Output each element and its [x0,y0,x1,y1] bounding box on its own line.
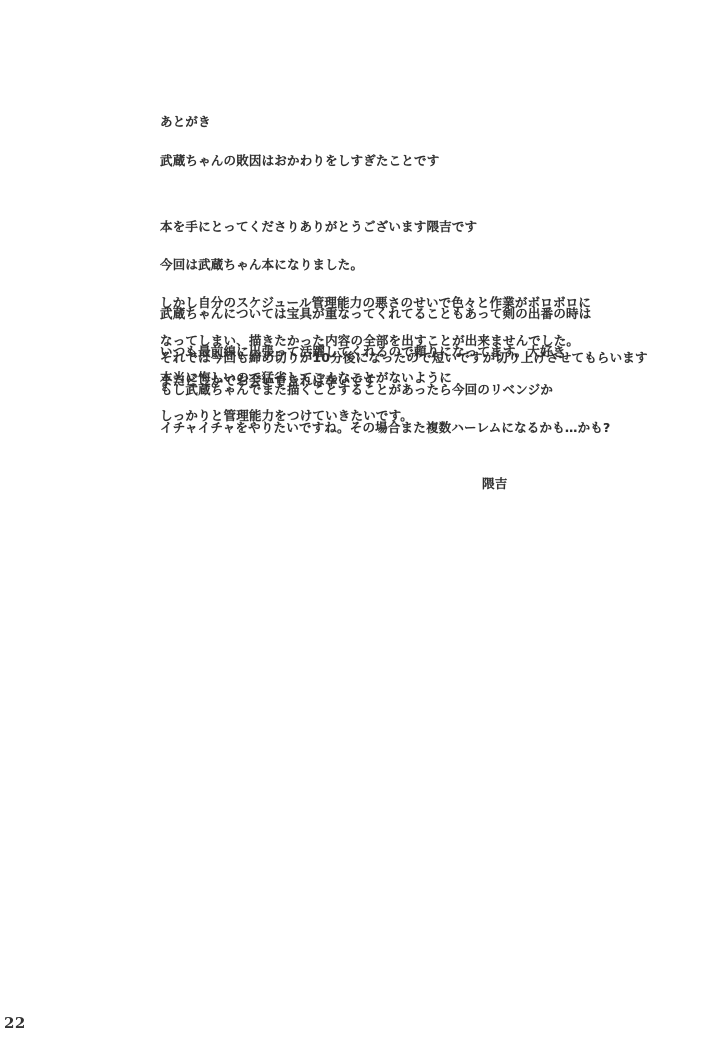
afterword-line: 本を手にとってくださりありがとうございます隈吉です [160,221,591,234]
author-signature: 隈吉 [482,478,507,491]
afterword-tagline: 武蔵ちゃんの敗因はおかわりをしすぎたことです [160,155,439,168]
afterword-title: あとがき [160,116,211,129]
afterword-closing-line: またどこかでお会いできれば幸いです [160,375,376,388]
page-number: 22 [4,1015,26,1032]
afterword-line: 今回は武蔵ちゃん本になりました。 [160,259,591,272]
afterword-line: 武蔵ちゃんについては宝具が重なってくれてることもあって剣の出番の時は [160,308,610,321]
afterword-line: イチャイチャをやりたいですね。その場合また複数ハーレムになるかも…かも? [160,422,610,435]
afterword-closing-line: それでは今回も締め切りが10分後になったので短いですが切り上げさせてもらいます [160,352,648,365]
afterword-paragraph-2: 武蔵ちゃんについては宝具が重なってくれてることもあって剣の出番の時は いつも最前… [160,283,610,459]
scanned-afterword-page: あとがき 武蔵ちゃんの敗因はおかわりをしすぎたことです 本を手にとってくださりあ… [0,0,727,1050]
